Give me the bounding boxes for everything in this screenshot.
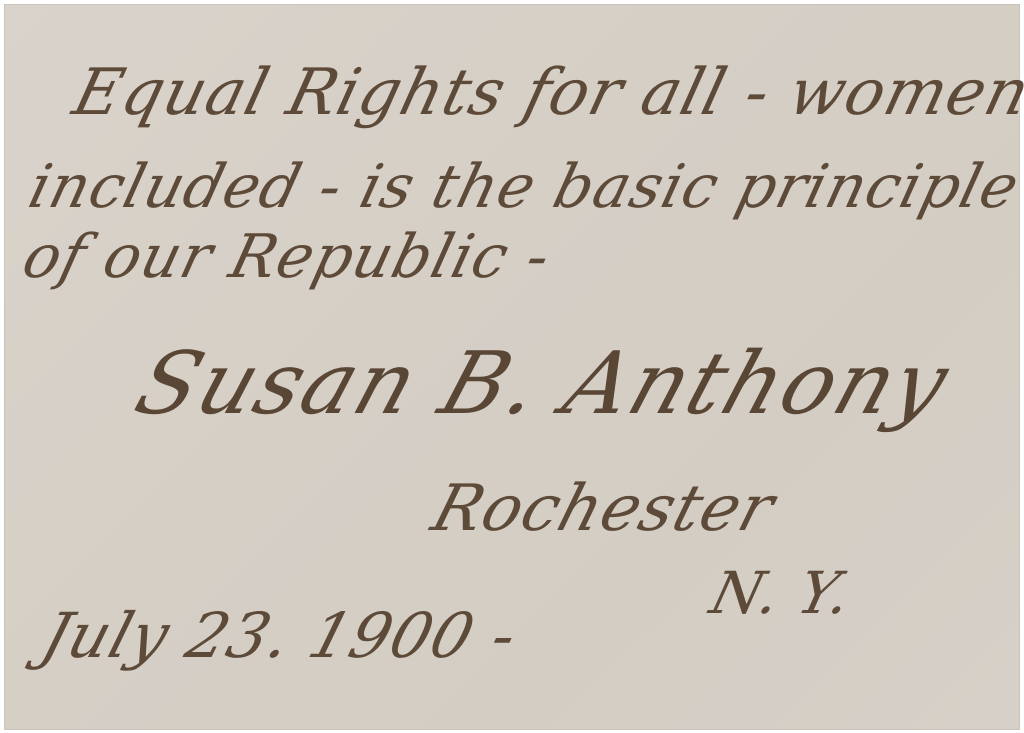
quote-line-2: included - is the basic principle [22,152,1024,222]
place-city: Rochester [424,472,783,546]
date: July 23. 1900 - [34,599,526,672]
autograph-card: Equal Rights for all - women included - … [4,4,1020,730]
signature: Susan B. Anthony [124,334,962,434]
quote-line-1: Equal Rights for all - women [66,56,1024,130]
quote-line-3: of our Republic - [16,222,558,292]
place-state: N. Y. [704,559,859,627]
